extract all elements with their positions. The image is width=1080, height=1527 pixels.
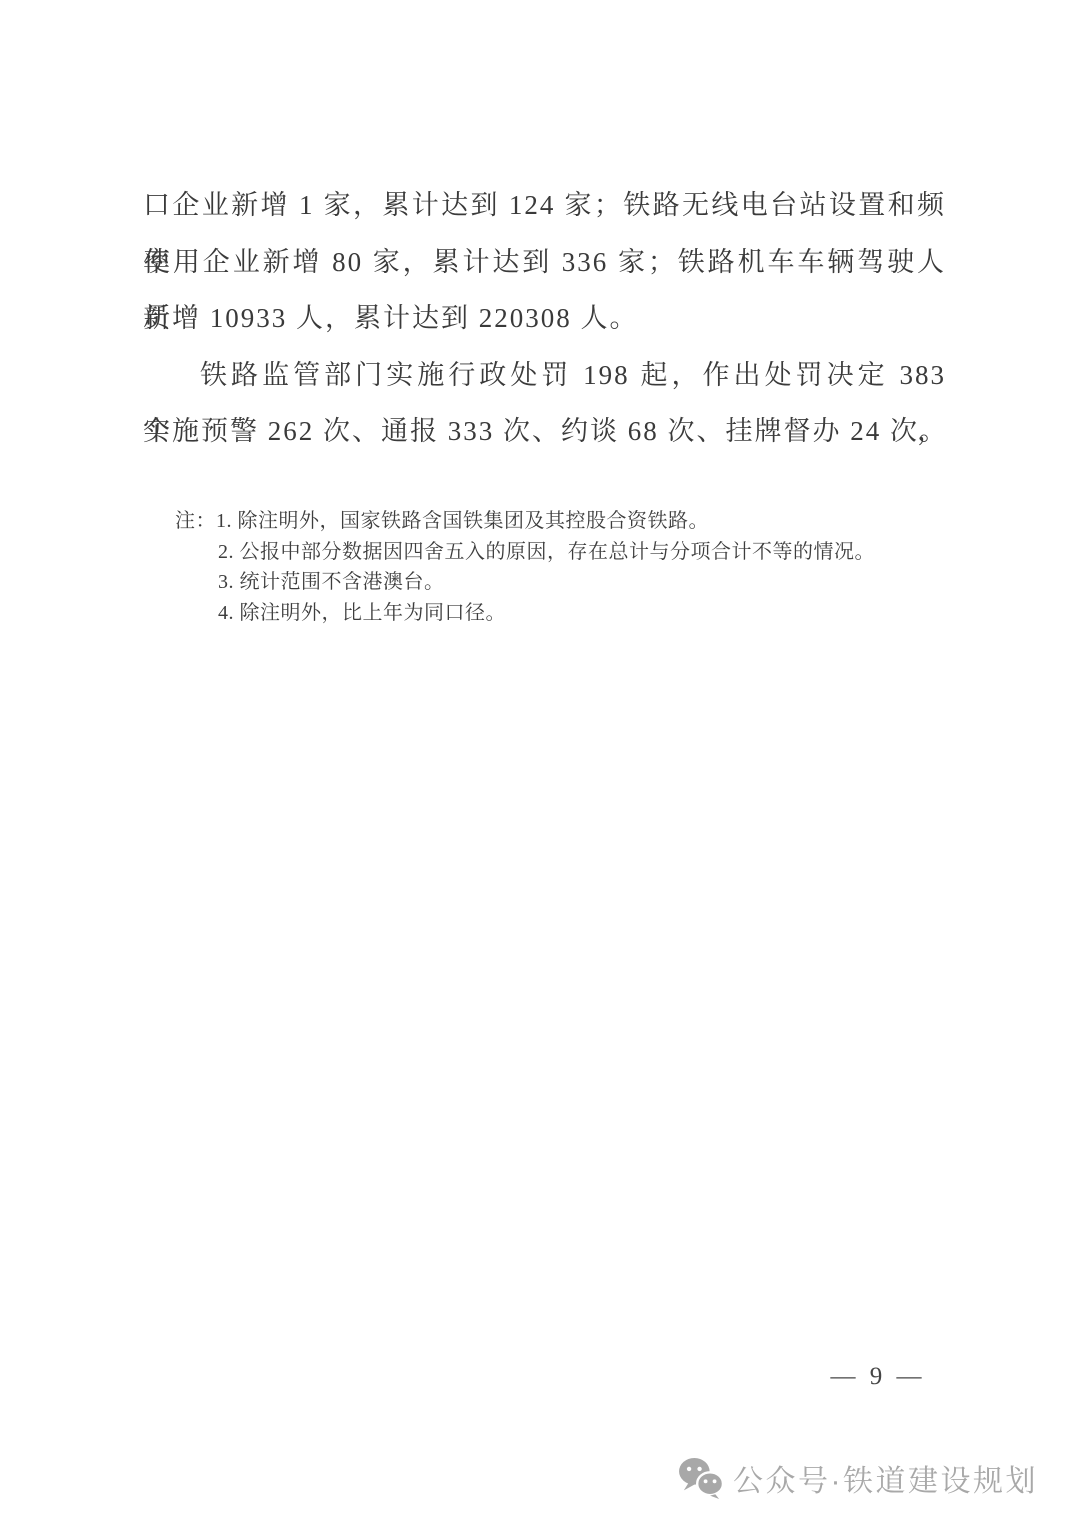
page-number: — 9 — bbox=[818, 1363, 938, 1391]
notes-label: 注： bbox=[175, 510, 216, 532]
note-item-2: 2. 公报中部分数据因四舍五入的原因，存在总计与分项合计不等的情况。 bbox=[175, 537, 875, 568]
wechat-icon bbox=[678, 1457, 724, 1499]
note-item-1: 注：1. 除注明外，国家铁路含国铁集团及其控股合资铁路。 bbox=[175, 506, 875, 537]
note-item-3: 3. 统计范围不含港澳台。 bbox=[175, 567, 875, 598]
notes-block: 注：1. 除注明外，国家铁路含国铁集团及其控股合资铁路。 2. 公报中部分数据因… bbox=[175, 506, 875, 628]
footer-account-label: 公众号·铁道建设规划 bbox=[733, 1456, 1038, 1500]
document-page: 口企业新增 1 家，累计达到 124 家；铁路无线电台站设置和频率 使用企业新增… bbox=[0, 0, 1080, 1527]
note-item-4: 4. 除注明外，比上年为同口径。 bbox=[175, 598, 875, 629]
paragraph2-line1: 铁路监管部门实施行政处罚 198 起，作出处罚决定 383 个， bbox=[143, 347, 946, 404]
footer-watermark: 公众号·铁道建设规划 bbox=[678, 1456, 1038, 1500]
body-text: 口企业新增 1 家，累计达到 124 家；铁路无线电台站设置和频率 使用企业新增… bbox=[143, 177, 946, 460]
paragraph1-line2: 使用企业新增 80 家，累计达到 336 家；铁路机车车辆驾驶人员 bbox=[143, 234, 946, 291]
note-item-1-text: 1. 除注明外，国家铁路含国铁集团及其控股合资铁路。 bbox=[216, 510, 709, 532]
paragraph2-line2: 实施预警 262 次、通报 333 次、约谈 68 次、挂牌督办 24 次。 bbox=[143, 403, 946, 460]
paragraph1-line1: 口企业新增 1 家，累计达到 124 家；铁路无线电台站设置和频率 bbox=[143, 177, 946, 234]
paragraph1-line3: 新增 10933 人，累计达到 220308 人。 bbox=[143, 290, 946, 347]
